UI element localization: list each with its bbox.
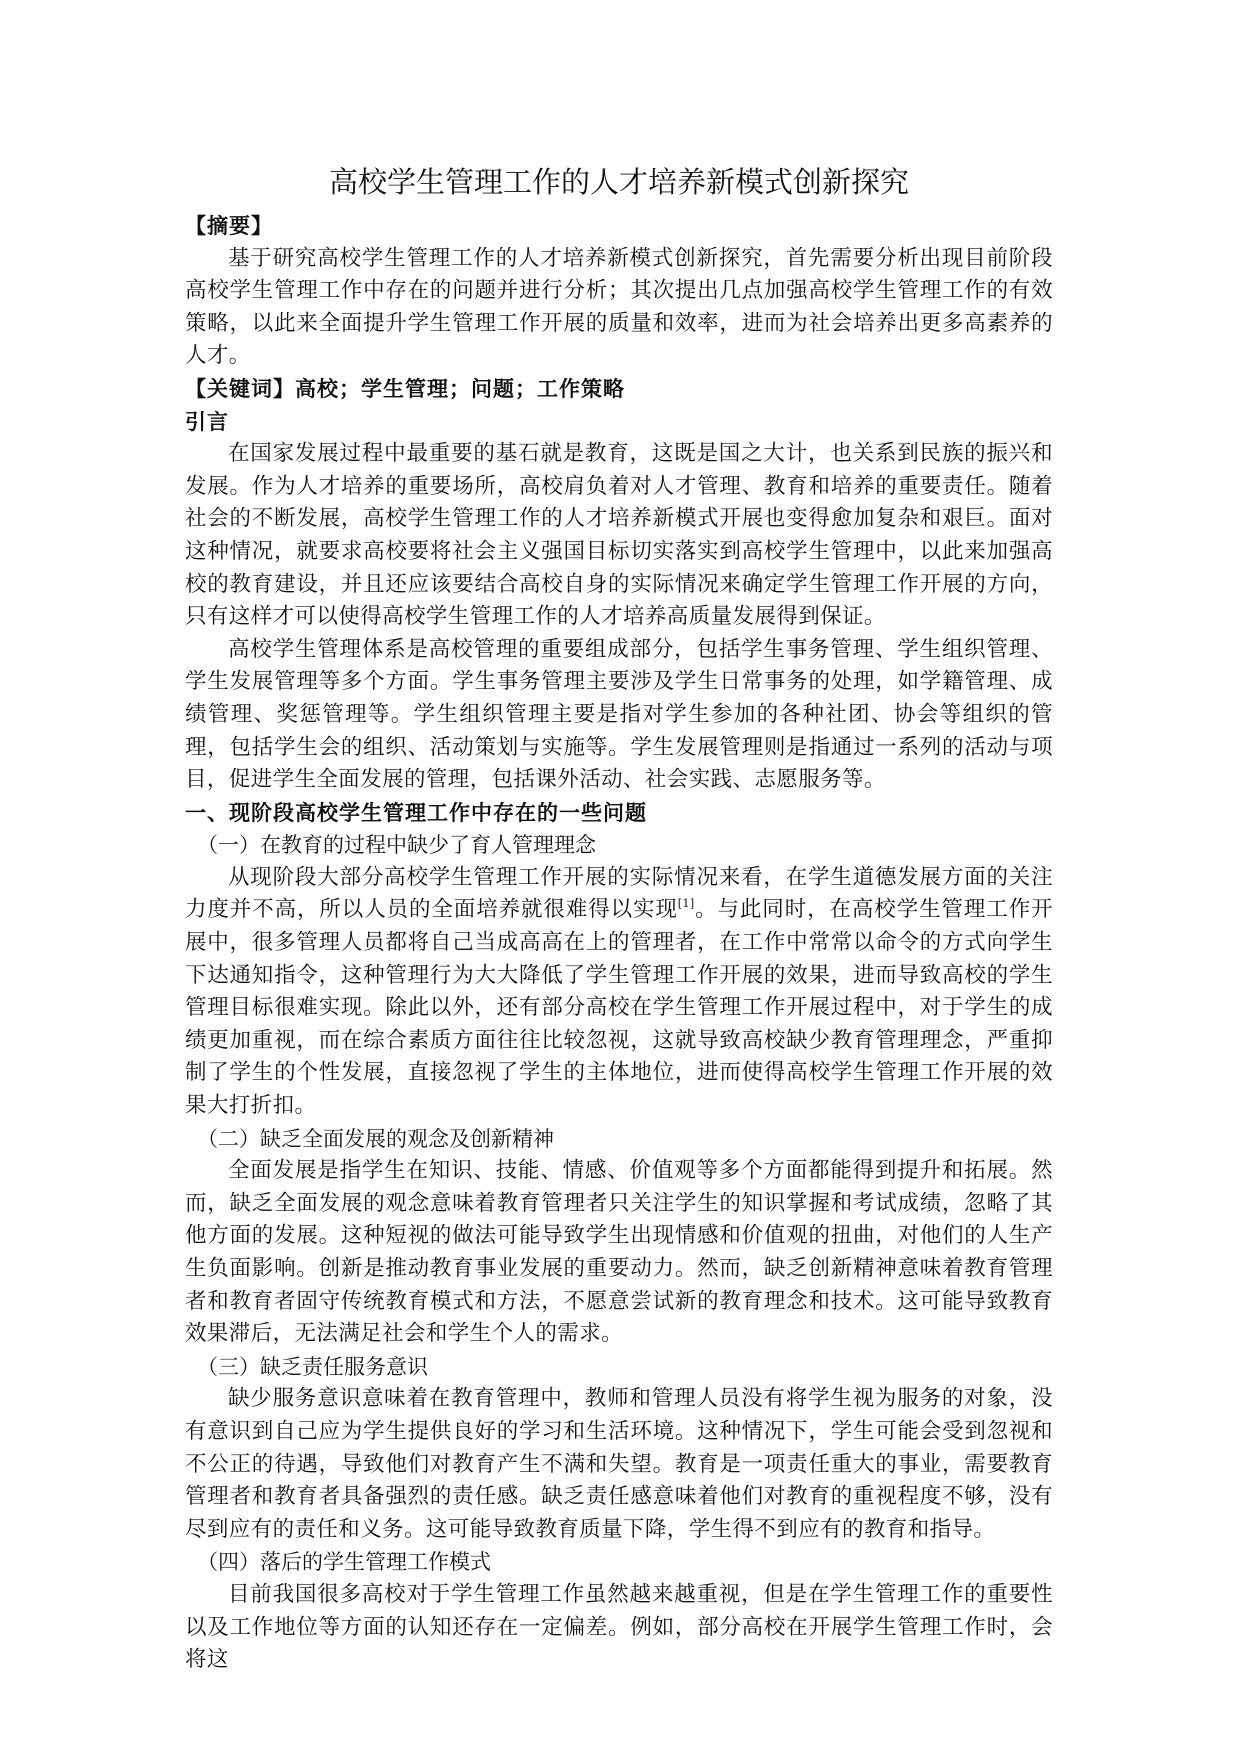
document-page: 高校学生管理工作的人才培养新模式创新探究 【摘要】 基于研究高校学生管理工作的人… — [185, 160, 1053, 1677]
intro-heading: 引言 — [185, 406, 1053, 439]
subsection-4-heading: （四）落后的学生管理工作模式 — [185, 1546, 1053, 1579]
keywords-text: 高校；学生管理；问题；工作策略 — [295, 377, 625, 401]
subsection-3-heading: （三）缺乏责任服务意识 — [185, 1351, 1053, 1384]
document-title: 高校学生管理工作的人才培养新模式创新探究 — [185, 160, 1053, 204]
intro-paragraph-1: 在国家发展过程中最重要的基石就是教育，这既是国之大计，也关系到民族的振兴和发展。… — [185, 438, 1053, 634]
abstract-text: 基于研究高校学生管理工作的人才培养新模式创新探究，首先需要分析出现目前阶段高校学… — [185, 243, 1053, 373]
subsection-1-paragraph: 从现阶段大部分高校学生管理工作开展的实际情况来看，在学生道德发展方面的关注力度并… — [185, 862, 1053, 1123]
subsection-2-heading: （二）缺乏全面发展的观念及创新精神 — [185, 1123, 1053, 1156]
subsection-1-text-b: 。与此同时，在高校学生管理工作开展中，很多管理人员都将自己当成高高在上的管理者，… — [185, 897, 1053, 1118]
intro-paragraph-2: 高校学生管理体系是高校管理的重要组成部分，包括学生事务管理、学生组织管理、学生发… — [185, 634, 1053, 797]
keywords-label: 【关键词】 — [185, 377, 295, 401]
citation-ref-1: [1] — [678, 897, 695, 910]
subsection-4-paragraph: 目前我国很多高校对于学生管理工作虽然越来越重视，但是在学生管理工作的重要性以及工… — [185, 1579, 1053, 1677]
abstract-label: 【摘要】 — [185, 210, 1053, 243]
section-1-heading: 一、现阶段高校学生管理工作中存在的一些问题 — [185, 797, 1053, 830]
subsection-2-paragraph: 全面发展是指学生在知识、技能、情感、价值观等多个方面都能得到提升和拓展。然而，缺… — [185, 1155, 1053, 1351]
subsection-3-paragraph: 缺少服务意识意味着在教育管理中，教师和管理人员没有将学生视为服务的对象，没有意识… — [185, 1383, 1053, 1546]
subsection-1-heading: （一）在教育的过程中缺少了育人管理理念 — [185, 829, 1053, 862]
keywords-line: 【关键词】高校；学生管理；问题；工作策略 — [185, 373, 1053, 406]
